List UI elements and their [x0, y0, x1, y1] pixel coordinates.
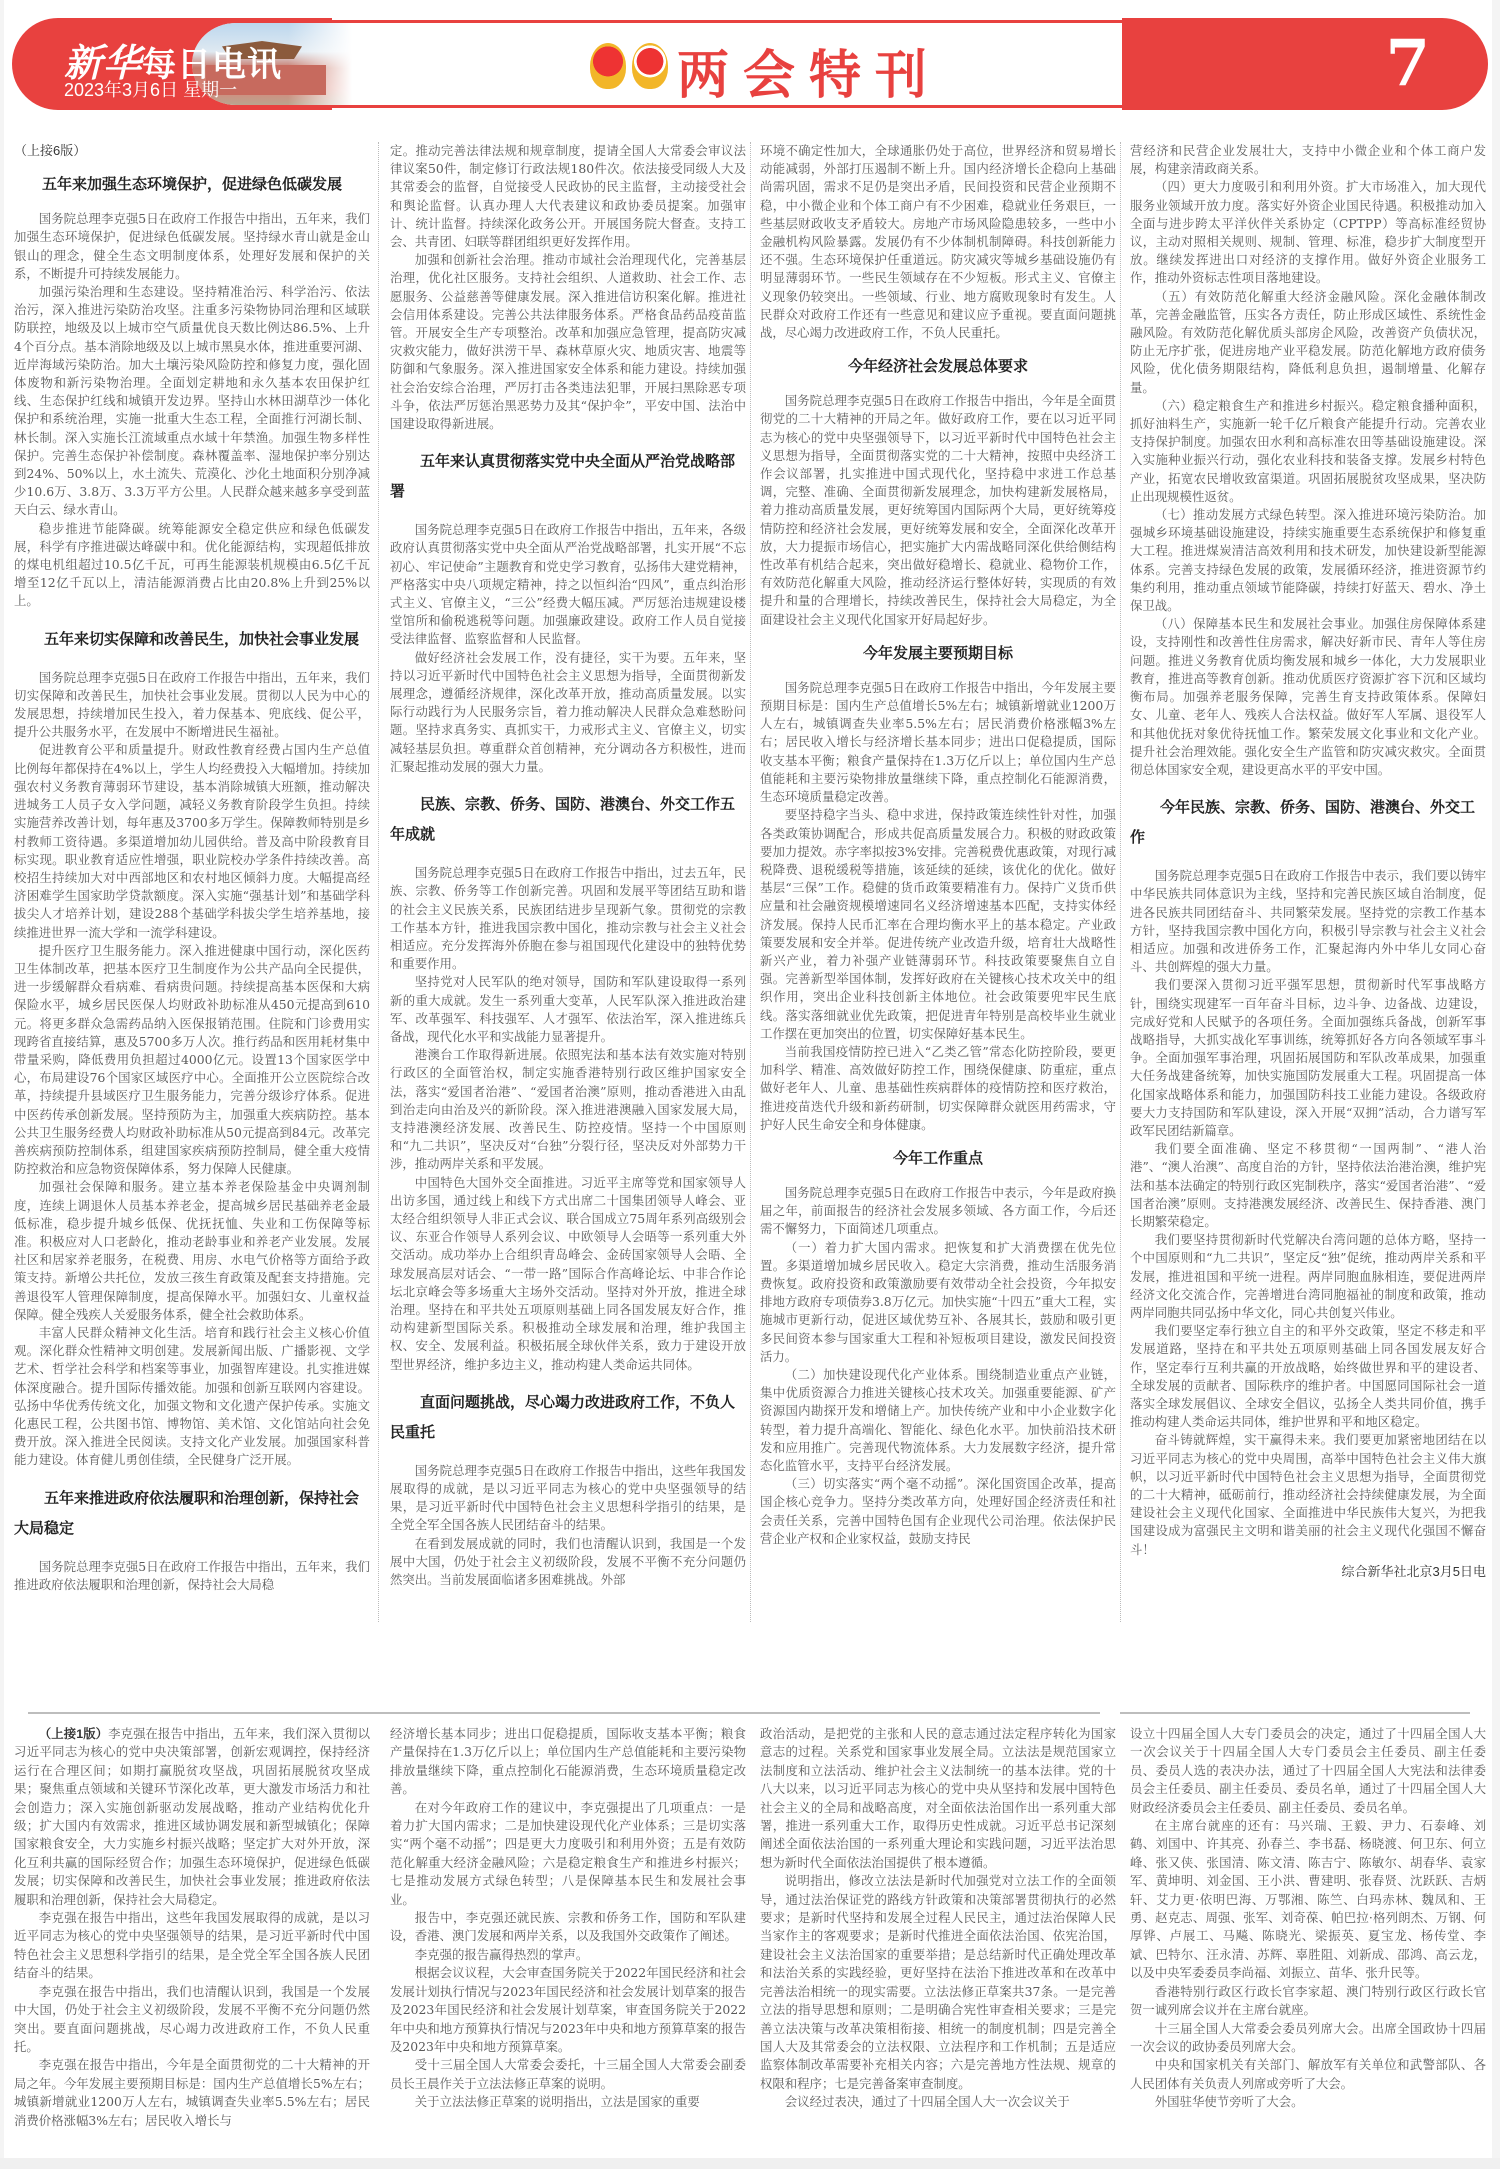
- page-bottom-band: [0, 2158, 1500, 2169]
- article-paragraph: （一）着力扩大国内需求。把恢复和扩大消费摆在优先位置。多渠道增加城乡居民收入。稳…: [760, 1239, 1116, 1366]
- article-paragraph: 加强社会保障和服务。建立基本养老保险基金中央调剂制度，连续上调退休人员基本养老金…: [14, 1178, 370, 1324]
- article-paragraph: 提升医疗卫生服务能力。深入推进健康中国行动，深化医药卫生体制改革，把基本医疗卫生…: [14, 942, 370, 1179]
- article-paragraph: 环境不确定性加大，全球通胀仍处于高位，世界经济和贸易增长动能减弱，外部打压遏制不…: [760, 142, 1116, 342]
- lower-column-2: 经济增长基本同步；进出口促稳提质，国际收支基本平衡；粮食产量保持在1.3万亿斤以…: [390, 1725, 746, 2112]
- article-paragraph: 报告中，李克强还就民族、宗教和侨务工作，国防和军队建设，香港、澳门发展和两岸关系…: [390, 1909, 746, 1946]
- masthead: 两会特刊 7 新华每日电讯 2023年3月6日 星期一: [12, 18, 1488, 110]
- column-sections: 营经济和民营企业发展壮大，支持中小微企业和个体工商户发展，构建亲清政商关系。（四…: [1130, 142, 1486, 1559]
- article-paragraph: 李克强在报告中指出，今年是全面贯彻党的二十大精神的开局之年。今年发展主要预期目标…: [14, 2056, 370, 2130]
- article-paragraph: 我们要坚持贯彻新时代党解决台湾问题的总体方略，坚持一个中国原则和“九二共识”，坚…: [1130, 1231, 1486, 1322]
- article-paragraph: 外国驻华使节旁听了大会。: [1130, 2093, 1486, 2111]
- lower-paragraphs: 设立十四届全国人大专门委员会的决定，通过了十四届全国人大一次会议关于十四届全国人…: [1130, 1725, 1486, 2112]
- section-heading: 直面问题挑战，尽心竭力改进政府工作，不负人民重托: [390, 1388, 746, 1448]
- article-paragraph: （三）切实落实“两个毫不动摇”。深化国资国企改革，提高国企核心竞争力。坚持分类改…: [760, 1475, 1116, 1548]
- section-heading: 今年民族、宗教、侨务、国防、港澳台、外交工作: [1130, 793, 1486, 853]
- article-paragraph: 会议经过表决，通过了十四届全国人大一次会议关于: [760, 2093, 1116, 2111]
- article-paragraph: 加强和创新社会治理。推动市域社会治理现代化，完善基层治理，优化社区服务。支持社会…: [390, 251, 746, 433]
- section-heading: 今年发展主要预期目标: [760, 643, 1116, 665]
- continued-lead: （上接1版）: [39, 1727, 108, 1741]
- column-sections: 定。推动完善法律法规和规章制度，提请全国人大常委会审议法律议案50件，制定修订行…: [390, 142, 746, 1589]
- article-paragraph: 李克强在报告中指出，我们也清醒认识到，我国是一个发展中大国，仍处于社会主义初级阶…: [14, 1983, 370, 2057]
- article-paragraph: 中央和国家机关有关部门、解放军有关单位和武警部队、各人民团体有关负责人列席或旁听…: [1130, 2056, 1486, 2093]
- cppcc-emblem-icon: [632, 43, 668, 89]
- paragraph-text: 李克强在报告中指出，五年来，我们深入贯彻以习近平同志为核心的党中央决策部署，创新…: [14, 1726, 370, 1907]
- article-paragraph: 在对今年政府工作的建议中，李克强提出了几项重点：一是着力扩大国内需求；二是加快建…: [390, 1799, 746, 1909]
- article-paragraph: （四）更大力度吸引和利用外资。扩大市场准入，加大现代服务业领域开放力度。落实好外…: [1130, 178, 1486, 287]
- article-paragraph: 国务院总理李克强5日在政府工作报告中表示，今年是政府换届之年，前面报告的经济社会…: [760, 1184, 1116, 1239]
- article-paragraph: 当前我国疫情防控已进入“乙类乙管”常态化防控阶段，要更加科学、精准、高效做好防控…: [760, 1043, 1116, 1134]
- section-heading: 五年来切实保障和改善民生，加快社会事业发展: [14, 625, 370, 655]
- article-paragraph: 我们要全面准确、坚定不移贯彻“一国两制”、“港人治港”、“澳人治澳”、高度自治的…: [1130, 1140, 1486, 1231]
- lower-column-4: 设立十四届全国人大专门委员会的决定，通过了十四届全国人大一次会议关于十四届全国人…: [1130, 1725, 1486, 2112]
- section-title: 两会特刊: [677, 33, 941, 108]
- article-paragraph: 丰富人民群众精神文化生活。培育和践行社会主义核心价值观。深化群众性精神文明创建。…: [14, 1324, 370, 1470]
- article-paragraph: 促进教育公平和质量提升。财政性教育经费占国内生产总值比例每年都保持在4%以上，学…: [14, 741, 370, 941]
- section-heading: 民族、宗教、侨务、国防、港澳台、外交工作五年成就: [390, 790, 746, 850]
- article-paragraph: （二）加快建设现代化产业体系。围绕制造业重点产业链，集中优质资源合力推进关键核心…: [760, 1366, 1116, 1475]
- lower-paragraphs: （上接1版）李克强在报告中指出，五年来，我们深入贯彻以习近平同志为核心的党中央决…: [14, 1725, 370, 2130]
- lower-paragraphs: 政治活动，是把党的主张和人民的意志通过法定程序转化为国家意志的过程。关系党和国家…: [760, 1725, 1116, 2112]
- article-paragraph: 国务院总理李克强5日在政府工作报告中指出，五年来，我们切实保障和改善民生，加快社…: [14, 669, 370, 742]
- article-paragraph: 李克强的报告赢得热烈的掌声。: [390, 1946, 746, 1964]
- issue-date: 2023年3月6日 星期一: [64, 76, 237, 102]
- article-paragraph: 国务院总理李克强5日在政府工作报告中表示，我们要以铸牢中华民族共同体意识为主线，…: [1130, 867, 1486, 976]
- column-divider: [378, 142, 379, 1622]
- article-paragraph: 港澳台工作取得新进展。依照宪法和基本法有效实施对特别行政区的全面管治权，制定实施…: [390, 1046, 746, 1173]
- article-paragraph: 设立十四届全国人大专门委员会的决定，通过了十四届全国人大一次会议关于十四届全国人…: [1130, 1725, 1486, 1817]
- article-paragraph: 做好经济社会发展工作，没有捷径，实干为要。五年来，坚持以习近平新时代中国特色社会…: [390, 649, 746, 776]
- column-2: 定。推动完善法律法规和规章制度，提请全国人大常委会审议法律议案50件，制定修订行…: [390, 142, 746, 1589]
- lower-paragraphs: 经济增长基本同步；进出口促稳提质，国际收支基本平衡；粮食产量保持在1.3万亿斤以…: [390, 1725, 746, 2112]
- article-paragraph: 国务院总理李克强5日在政府工作报告中指出，过去五年，民族、宗教、侨务等工作创新完…: [390, 864, 746, 973]
- continued-note: （上接6版）: [14, 142, 370, 160]
- page-right-margin: [1492, 0, 1500, 2169]
- column-1: （上接6版） 五年来加强生态环境保护，促进绿色低碳发展国务院总理李克强5日在政府…: [14, 142, 370, 1594]
- page-number: 7: [1385, 26, 1430, 101]
- national-emblem-icon: [590, 43, 626, 89]
- article-paragraph: （八）保障基本民生和发展社会事业。加强住房保障体系建设，支持刚性和改善性住房需求…: [1130, 615, 1486, 779]
- section-heading: 今年经济社会发展总体要求: [760, 356, 1116, 378]
- lower-column-1: （上接1版）李克强在报告中指出，五年来，我们深入贯彻以习近平同志为核心的党中央决…: [14, 1725, 370, 2130]
- section-divider: [28, 1712, 1100, 1714]
- article-paragraph: 国务院总理李克强5日在政府工作报告中指出，今年发展主要预期目标是：国内生产总值增…: [760, 679, 1116, 806]
- article-paragraph: 国务院总理李克强5日在政府工作报告中指出，今年是全面贯彻党的二十大精神的开局之年…: [760, 392, 1116, 629]
- article-paragraph: 中国特色大国外交全面推进。习近平主席等党和国家领导人出访多国，通过线上和线下方式…: [390, 1174, 746, 1374]
- article-paragraph: 关于立法法修正草案的说明指出，立法是国家的重要: [390, 2093, 746, 2111]
- article-paragraph: 我们要深入贯彻习近平强军思想，贯彻新时代军事战略方针，围绕实现建军一百年奋斗目标…: [1130, 976, 1486, 1140]
- section-heading: 五年来推进政府依法履职和治理创新，保持社会大局稳定: [14, 1484, 370, 1544]
- masthead-right-band: 7: [1122, 18, 1488, 110]
- article-paragraph: 国务院总理李克强5日在政府工作报告中指出，五年来，我们加强生态环境保护，促进绿色…: [14, 210, 370, 283]
- article-paragraph: 在主席台就座的还有：马兴瑞、王毅、尹力、石泰峰、刘鹤、刘国中、许其亮、孙春兰、李…: [1130, 1817, 1486, 1983]
- section-divider: [1120, 1712, 1470, 1714]
- article-paragraph: 国务院总理李克强5日在政府工作报告中指出，五年来，我们推进政府依法履职和治理创新…: [14, 1558, 370, 1594]
- section-heading: 今年工作重点: [760, 1148, 1116, 1170]
- article-paragraph: 营经济和民营企业发展壮大，支持中小微企业和个体工商户发展，构建亲清政商关系。: [1130, 142, 1486, 178]
- article-paragraph: 定。推动完善法律法规和规章制度，提请全国人大常委会审议法律议案50件，制定修订行…: [390, 142, 746, 251]
- column-divider: [1120, 142, 1121, 1622]
- article-paragraph: 经济增长基本同步；进出口促稳提质，国际收支基本平衡；粮食产量保持在1.3万亿斤以…: [390, 1725, 746, 1799]
- article-paragraph: 加强污染治理和生态建设。坚持精准治污、科学治污、依法治污，深入推进污染防治攻坚。…: [14, 283, 370, 520]
- article-paragraph: 说明指出，修改立法法是新时代加强党对立法工作的全面领导，通过法治保证党的路线方针…: [760, 1872, 1116, 2093]
- article-paragraph: 在看到发展成就的同时，我们也清醒认识到，我国是一个发展中大国，仍处于社会主义初级…: [390, 1535, 746, 1590]
- article-paragraph: 奋斗铸就辉煌，实干赢得未来。我们要更加紧密地团结在以习近平同志为核心的党中央周围…: [1130, 1431, 1486, 1558]
- article-paragraph: 国务院总理李克强5日在政府工作报告中指出，这些年我国发展取得的成就，是以习近平同…: [390, 1462, 746, 1535]
- article-paragraph: 十三届全国人大常委会委员列席大会。出席全国政协十四届一次会议的政协委员列席大会。: [1130, 2020, 1486, 2057]
- article-paragraph: （上接1版）李克强在报告中指出，五年来，我们深入贯彻以习近平同志为核心的党中央决…: [14, 1725, 370, 1909]
- column-3: 环境不确定性加大，全球通胀仍处于高位，世界经济和贸易增长动能减弱，外部打压遏制不…: [760, 142, 1116, 1548]
- article-paragraph: 国务院总理李克强5日在政府工作报告中指出，五年来，各级政府认真贯彻落实党中央全面…: [390, 521, 746, 648]
- article-paragraph: 坚持党对人民军队的绝对领导，国防和军队建设取得一系列新的重大成就。发生一系列重大…: [390, 973, 746, 1046]
- article-paragraph: （七）推动发展方式绿色转型。深入推进环境污染防治。加强城乡环境基础设施建设，持续…: [1130, 506, 1486, 615]
- article-paragraph: 香港特别行政区行政长官李家超、澳门特别行政区行政长官贺一诚列席会议并在主席台就座…: [1130, 1983, 1486, 2020]
- article-paragraph: 要坚持稳字当头、稳中求进，保持政策连续性针对性，加强各类政策协调配合，形成共促高…: [760, 806, 1116, 1043]
- dateline: 综合新华社北京3月5日电: [1130, 1563, 1486, 1581]
- lower-column-3: 政治活动，是把党的主张和人民的意志通过法定程序转化为国家意志的过程。关系党和国家…: [760, 1725, 1116, 2112]
- column-4: 营经济和民营企业发展壮大，支持中小微企业和个体工商户发展，构建亲清政商关系。（四…: [1130, 142, 1486, 1581]
- article-paragraph: 李克强在报告中指出，这些年我国发展取得的成就，是以习近平同志为核心的党中央坚强领…: [14, 1909, 370, 1983]
- article-paragraph: 根据会议议程，大会审查国务院关于2022年国民经济和社会发展计划执行情况与202…: [390, 1964, 746, 2056]
- article-paragraph: 受十三届全国人大常委会委托，十三届全国人大常委会副委员长王晨作关于立法法修正草案…: [390, 2056, 746, 2093]
- article-paragraph: 稳步推进节能降碳。统筹能源安全稳定供应和绿色低碳发展，科学有序推进碳达峰碳中和。…: [14, 520, 370, 611]
- column-divider: [750, 142, 751, 1622]
- column-sections: 五年来加强生态环境保护，促进绿色低碳发展国务院总理李克强5日在政府工作报告中指出…: [14, 174, 370, 1594]
- article-paragraph: （六）稳定粮食生产和推进乡村振兴。稳定粮食播种面积，抓好油料生产，实施新一轮千亿…: [1130, 397, 1486, 506]
- column-sections: 环境不确定性加大，全球通胀仍处于高位，世界经济和贸易增长动能减弱，外部打压遏制不…: [760, 142, 1116, 1548]
- section-heading: 五年来加强生态环境保护，促进绿色低碳发展: [14, 174, 370, 196]
- page-left-margin: [0, 0, 4, 2169]
- article-paragraph: （五）有效防范化解重大经济金融风险。深化金融体制改革，完善金融监管，压实各方责任…: [1130, 288, 1486, 397]
- section-heading: 五年来认真贯彻落实党中央全面从严治党战略部署: [390, 447, 746, 507]
- article-paragraph: 政治活动，是把党的主张和人民的意志通过法定程序转化为国家意志的过程。关系党和国家…: [760, 1725, 1116, 1872]
- article-paragraph: 我们要坚定奉行独立自主的和平外交政策，坚定不移走和平发展道路，坚持在和平共处五项…: [1130, 1322, 1486, 1431]
